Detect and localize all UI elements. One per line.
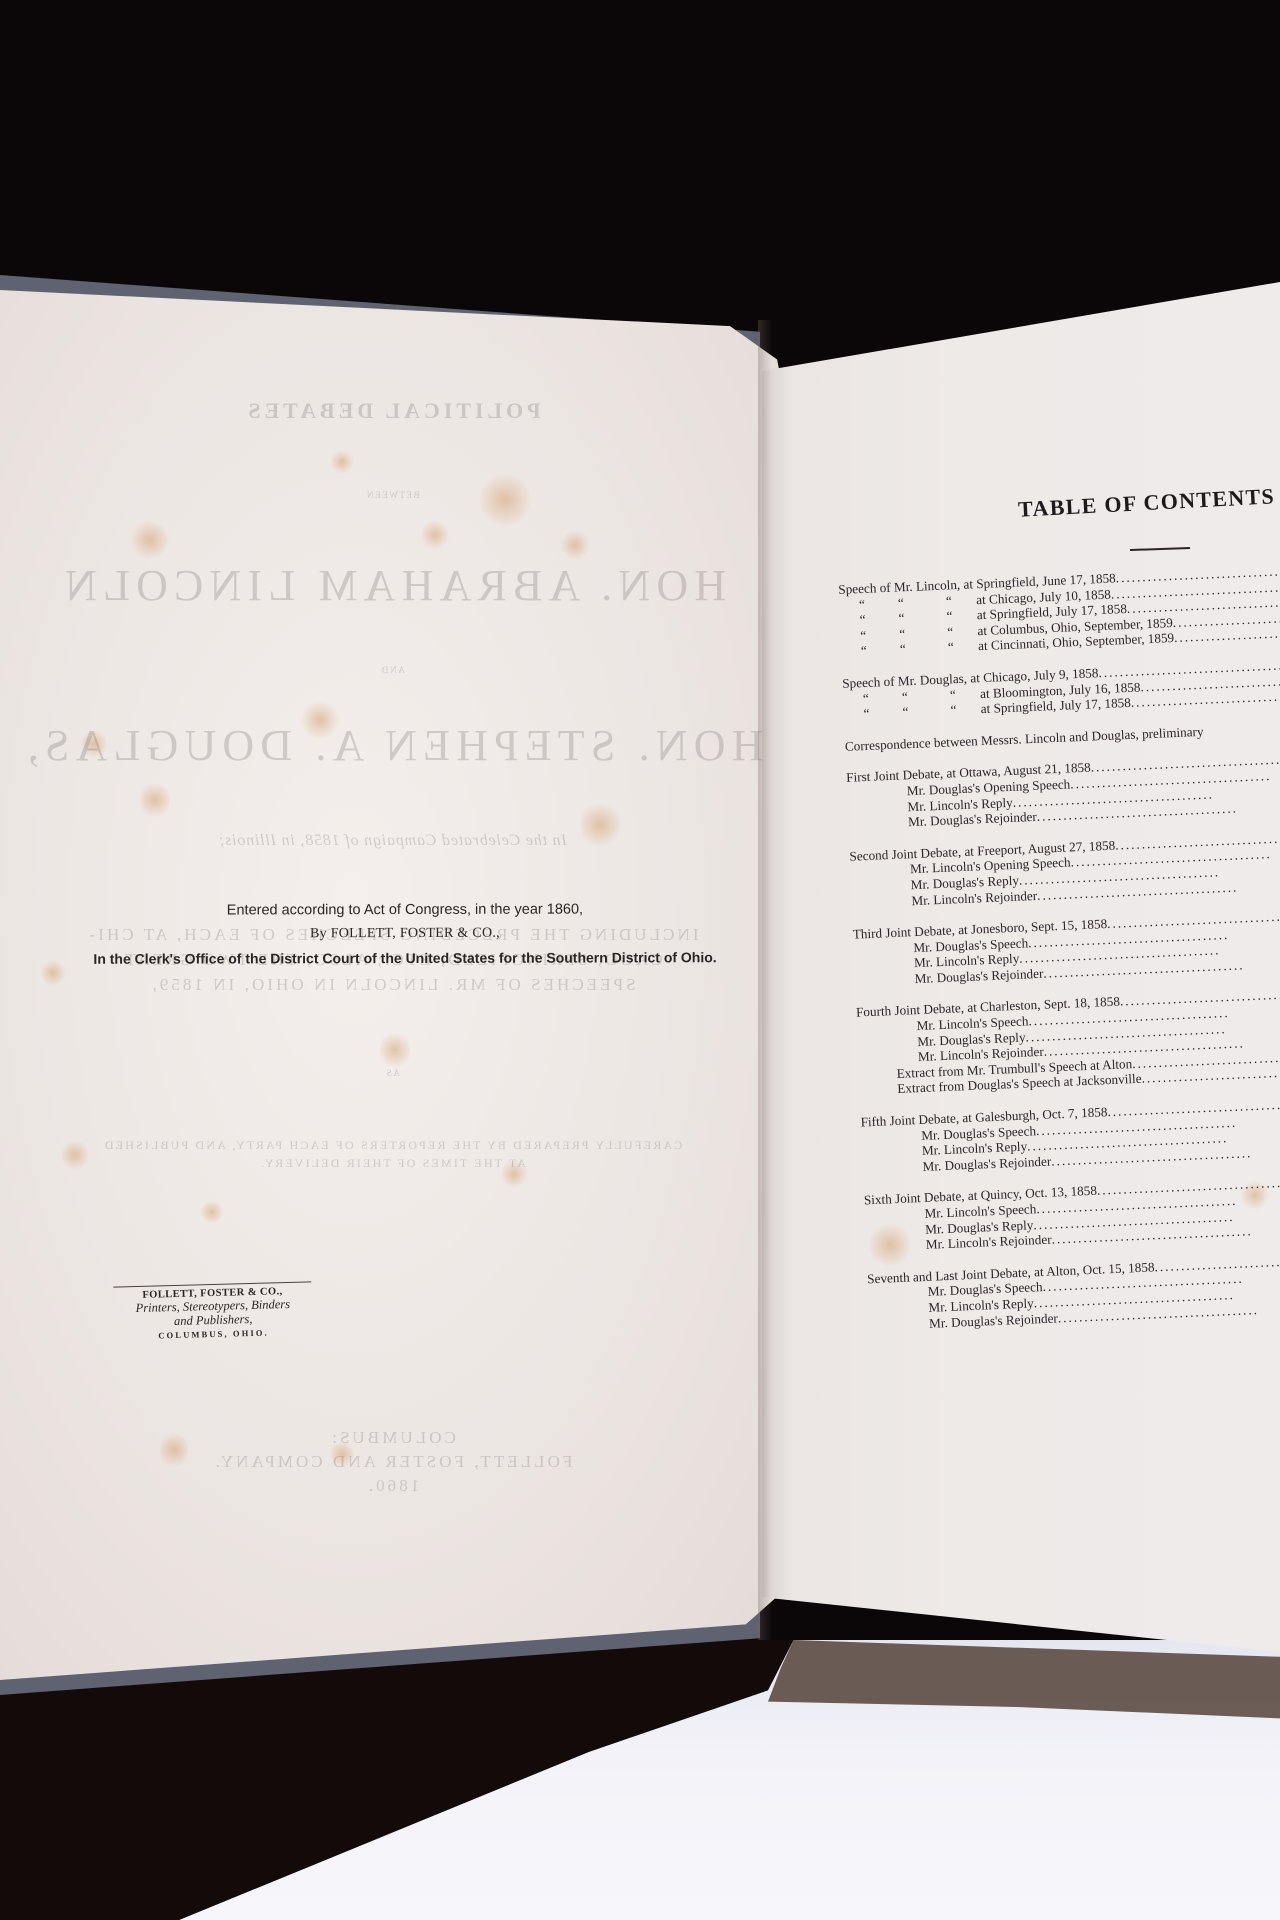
ditto-mark: “ bbox=[879, 641, 928, 659]
ghost-carefully2: AT THE TIMES OF THEIR DELIVERY. bbox=[0, 1156, 785, 1171]
ditto-mark: “ bbox=[851, 705, 882, 722]
copyright-line-2: By FOLLETT, FOSTER & CO., bbox=[60, 921, 750, 947]
ditto-mark: “ bbox=[881, 703, 930, 721]
ditto-mark: “ bbox=[849, 643, 880, 660]
ghost-carefully1: CAREFULLY PREPARED BY THE REPORTERS OF E… bbox=[0, 1138, 785, 1153]
ghost-city: COLUMBUS: bbox=[0, 1428, 785, 1448]
ghost-year: 1860. bbox=[0, 1476, 785, 1496]
toc-group: Sixth Joint Debate, at Quincy, Oct. 13, … bbox=[864, 1171, 1280, 1255]
toc-group: Speech of Mr. Douglas, at Chicago, July … bbox=[842, 654, 1280, 723]
ditto-mark: “ bbox=[929, 701, 978, 719]
toc-group: Fifth Joint Debate, at Galesburgh, Oct. … bbox=[860, 1093, 1280, 1177]
copyright-notice: Entered according to Act of Congress, in… bbox=[60, 897, 750, 971]
toc-group: Third Joint Debate, at Jonesboro, Sept. … bbox=[852, 905, 1280, 989]
toc-group: Correspondence between Messrs. Lincoln a… bbox=[845, 717, 1280, 754]
ditto-mark: “ bbox=[847, 596, 878, 613]
ghost-including3: SPEECHES OF MR. LINCOLN IN OHIO, IN 1859… bbox=[0, 975, 785, 995]
ghost-and: AND bbox=[0, 665, 785, 675]
copyright-line-3: In the Clerk's Office of the District Co… bbox=[60, 945, 750, 971]
toc-group: First Joint Debate, at Ottawa, August 21… bbox=[846, 748, 1280, 832]
printer-imprint: FOLLETT, FOSTER & CO., Printers, Stereot… bbox=[107, 1281, 318, 1341]
ghost-campaign: In the Celebrated Campaign of 1858, in I… bbox=[0, 832, 785, 850]
ghost-title: POLITICAL DEBATES bbox=[0, 398, 785, 424]
ghost-as: AS bbox=[0, 1068, 785, 1078]
table-of-contents: Speech of Mr. Lincoln, at Springfield, J… bbox=[838, 560, 1280, 1349]
toc-group: Fourth Joint Debate, at Charleston, Sept… bbox=[856, 983, 1280, 1098]
ditto-mark: “ bbox=[851, 690, 882, 707]
toc-group: Second Joint Debate, at Freeport, August… bbox=[849, 827, 1280, 911]
ditto-mark: “ bbox=[927, 639, 976, 657]
ghost-between: BETWEEN bbox=[0, 490, 785, 500]
ghost-publisher: FOLLETT, FOSTER AND COMPANY. bbox=[0, 1452, 785, 1472]
copyright-line-1: Entered according to Act of Congress, in… bbox=[60, 897, 750, 923]
ditto-mark: “ bbox=[848, 627, 879, 644]
toc-group: Seventh and Last Joint Debate, at Alton,… bbox=[867, 1249, 1280, 1333]
toc-heading: Correspondence between Messrs. Lincoln a… bbox=[845, 717, 1280, 754]
ghost-name1: HON. ABRAHAM LINCOLN bbox=[0, 560, 785, 611]
ghost-name2: HON. STEPHEN A. DOUGLAS, bbox=[0, 720, 785, 771]
ditto-mark: “ bbox=[847, 612, 878, 629]
